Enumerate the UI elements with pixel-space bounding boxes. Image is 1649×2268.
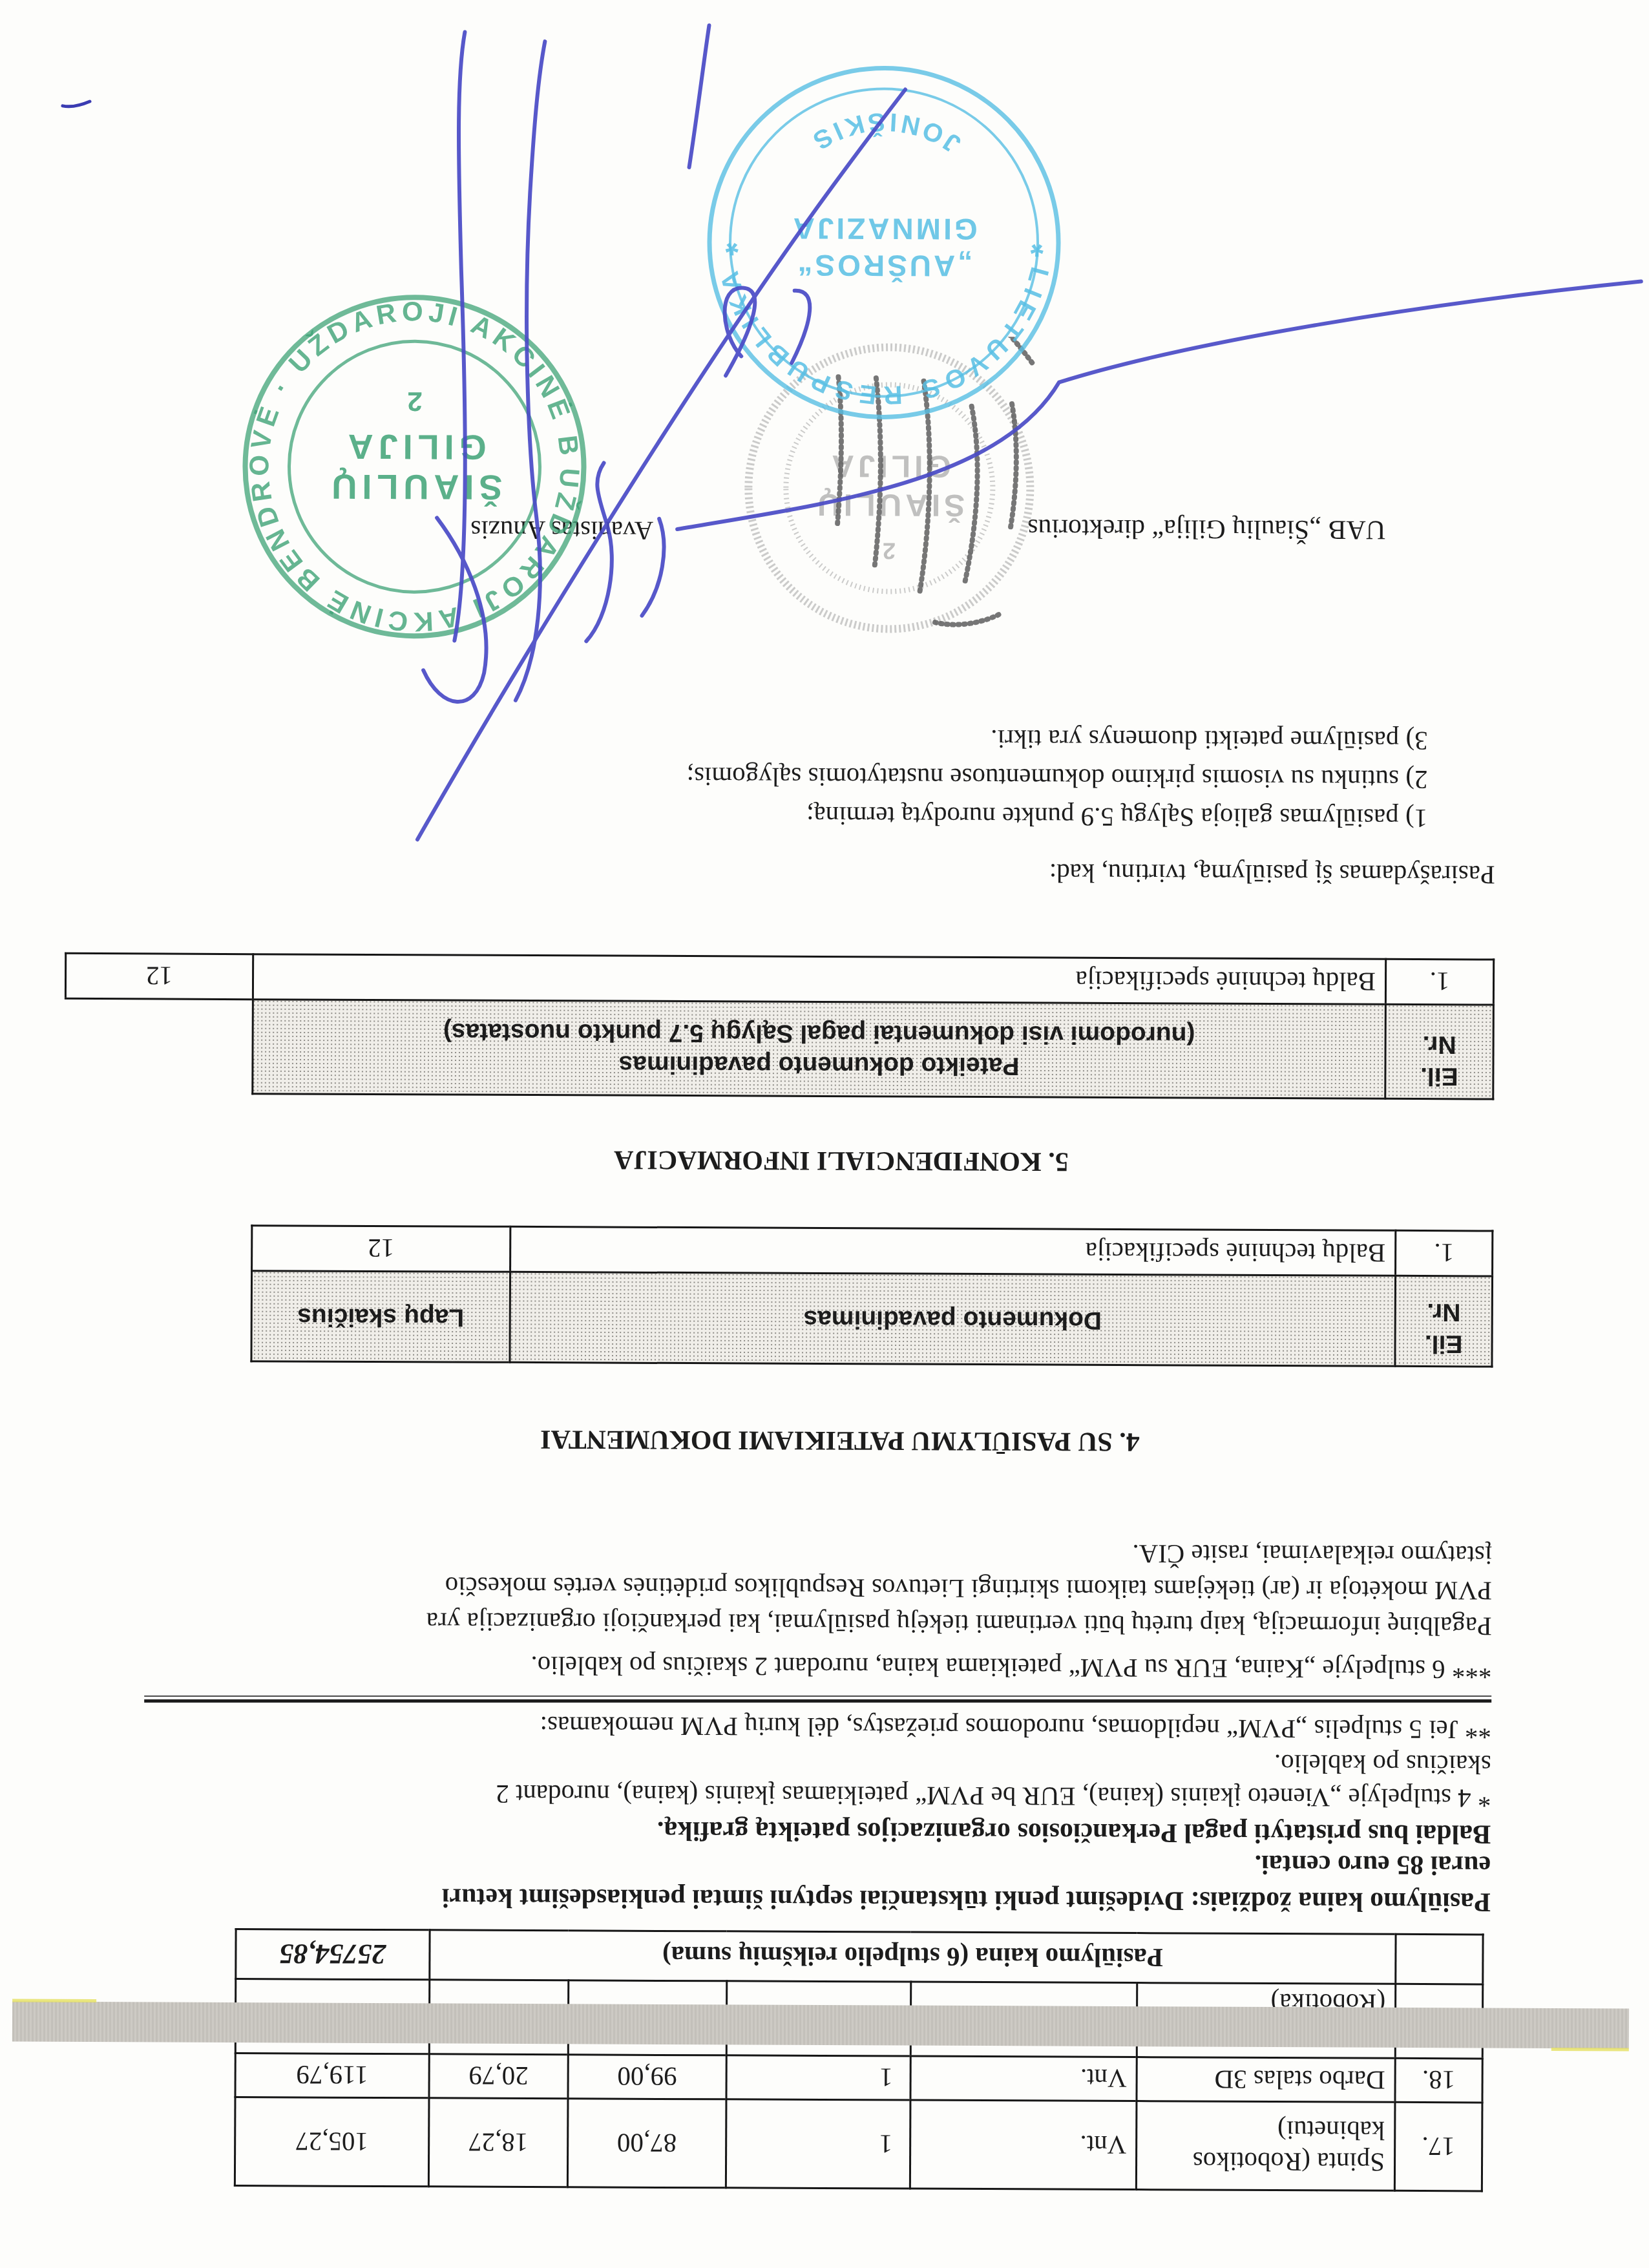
handwritten-signatures: [0, 0, 1649, 2268]
document-rotated-180: 17. Spinta (Robotikos kabinetui) Vnt. 1 …: [0, 0, 1649, 2268]
pen-mark: [63, 101, 90, 107]
scanned-page: 17. Spinta (Robotikos kabinetui) Vnt. 1 …: [0, 0, 1649, 2268]
